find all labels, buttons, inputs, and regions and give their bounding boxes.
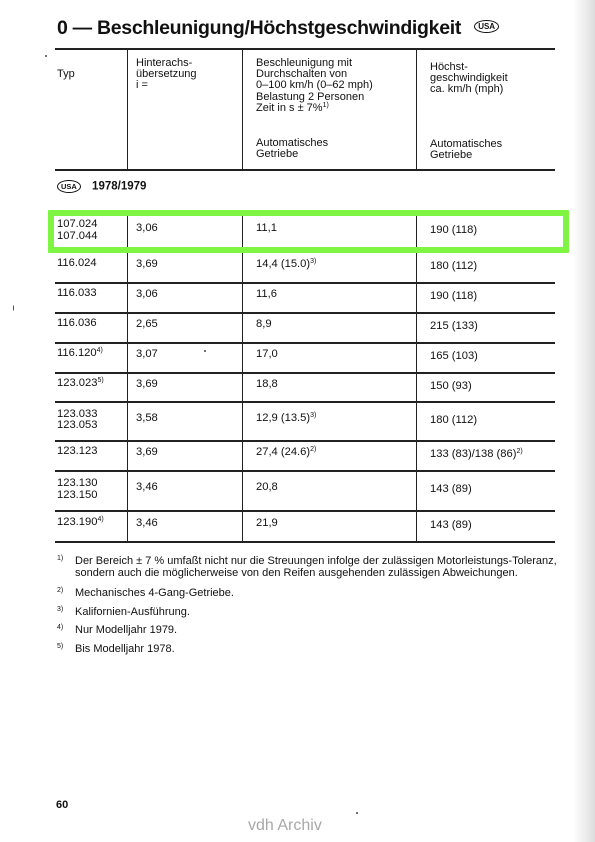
column-subheader-acceleration: AutomatischesGetriebe xyxy=(256,138,328,160)
column-divider xyxy=(127,312,128,342)
column-subheader-top-speed: AutomatischesGetriebe xyxy=(430,139,502,161)
column-divider xyxy=(416,440,417,470)
column-divider xyxy=(242,401,243,440)
column-divider xyxy=(127,510,128,541)
column-header-acceleration: Beschleunigung mitDurchschalten von0–100… xyxy=(256,58,373,114)
column-divider xyxy=(416,282,417,312)
cell-type: 123.1904) xyxy=(57,517,104,529)
cell-axle-ratio: 3,06 xyxy=(136,289,158,301)
column-divider xyxy=(242,252,243,282)
section-heading: USA 1978/1979 xyxy=(57,180,146,193)
cell-type: 123.130123.150 xyxy=(57,478,97,501)
cell-type: 116.024 xyxy=(57,258,97,270)
cell-axle-ratio: 3,69 xyxy=(136,259,158,271)
column-header-axle-ratio: Hinterachs-übersetzungi = xyxy=(136,58,197,92)
cell-top-speed: 190 (118) xyxy=(430,291,477,303)
scan-speck xyxy=(13,305,14,311)
column-divider xyxy=(416,312,417,342)
scan-speck xyxy=(45,55,47,57)
footnote-4: 4)Nur Modelljahr 1979. xyxy=(57,625,557,637)
footnote-text: Mechanisches 4-Gang-Getriebe. xyxy=(75,587,234,599)
footnote-3: 3)Kalifornien-Ausführung. xyxy=(57,607,557,619)
column-divider xyxy=(242,510,243,541)
footnote-marker: 2) xyxy=(57,588,63,600)
column-divider xyxy=(416,510,417,541)
column-divider xyxy=(416,342,417,372)
cell-type: 116.033 xyxy=(57,288,97,300)
table-rule xyxy=(55,401,555,403)
column-divider xyxy=(242,282,243,312)
column-divider xyxy=(242,342,243,372)
cell-type: 116.036 xyxy=(57,318,97,330)
page-edge-shadow xyxy=(573,0,595,842)
column-divider xyxy=(416,212,417,250)
column-divider xyxy=(127,212,128,250)
page-title: 0 — Beschleunigung/Höchstgeschwindigkeit… xyxy=(57,17,499,40)
column-divider xyxy=(127,48,128,170)
cell-top-speed: 143 (89) xyxy=(430,520,472,532)
cell-acceleration: 11,6 xyxy=(256,289,277,301)
scan-speck xyxy=(356,812,358,814)
usa-badge-icon: USA xyxy=(57,180,81,193)
cell-acceleration: 21,9 xyxy=(256,518,278,530)
table-rule xyxy=(55,440,555,442)
footnote-marker: 5) xyxy=(57,644,63,656)
column-header-typ: Typ xyxy=(57,69,75,80)
cell-axle-ratio: 2,65 xyxy=(136,319,158,331)
cell-top-speed: 180 (112) xyxy=(430,415,477,427)
table-rule xyxy=(55,510,555,512)
column-divider xyxy=(127,401,128,440)
column-divider xyxy=(127,372,128,401)
cell-type: 123.123 xyxy=(57,446,97,458)
cell-type: 107.024107.044 xyxy=(57,219,97,242)
column-divider xyxy=(416,401,417,440)
cell-acceleration: 27,4 (24.6)2) xyxy=(256,447,316,459)
cell-top-speed: 133 (83)/138 (86)2) xyxy=(430,449,523,461)
table-rule xyxy=(55,250,555,252)
footnote-1: 1)Der Bereich ± 7 % umfaßt nicht nur die… xyxy=(57,556,557,579)
cell-top-speed: 190 (118) xyxy=(430,225,477,237)
footnote-text: Bis Modelljahr 1978. xyxy=(75,643,175,655)
cell-acceleration: 18,8 xyxy=(256,379,278,391)
column-divider xyxy=(242,48,243,170)
cell-axle-ratio: 3,46 xyxy=(136,518,158,530)
cell-axle-ratio: 3,69 xyxy=(136,447,158,459)
footnote-text: Nur Modelljahr 1979. xyxy=(75,624,177,636)
column-divider xyxy=(416,48,417,170)
table-rule xyxy=(55,372,555,374)
footnotes: 1)Der Bereich ± 7 % umfaßt nicht nur die… xyxy=(57,556,557,662)
page-title-text: 0 — Beschleunigung/Höchstgeschwindigkeit xyxy=(57,17,461,39)
cell-acceleration: 20,8 xyxy=(256,482,278,494)
cell-type: 123.033123.053 xyxy=(57,409,97,432)
cell-axle-ratio: 3,06 xyxy=(136,223,158,235)
footnote-5: 5)Bis Modelljahr 1978. xyxy=(57,644,557,656)
column-divider xyxy=(242,440,243,470)
cell-type: 116.1204) xyxy=(57,348,103,360)
column-divider xyxy=(416,470,417,510)
cell-top-speed: 215 (133) xyxy=(430,321,478,333)
column-divider xyxy=(127,342,128,372)
table-rule xyxy=(55,541,555,543)
footnote-marker: 4) xyxy=(57,625,63,637)
table-rule xyxy=(55,48,555,50)
cell-acceleration: 8,9 xyxy=(256,319,272,331)
cell-top-speed: 143 (89) xyxy=(430,484,472,496)
cell-acceleration: 14,4 (15.0)3) xyxy=(256,259,316,271)
column-divider xyxy=(416,372,417,401)
cell-axle-ratio: 3,07 xyxy=(136,349,158,361)
column-divider xyxy=(127,252,128,282)
column-header-top-speed: Höchst-geschwindigkeitca. km/h (mph) xyxy=(430,62,508,96)
column-divider xyxy=(127,470,128,510)
cell-top-speed: 165 (103) xyxy=(430,351,478,363)
table-rule xyxy=(55,169,555,171)
table-rule xyxy=(55,342,555,344)
column-divider xyxy=(416,252,417,282)
table-rule xyxy=(55,212,555,214)
column-divider xyxy=(242,212,243,250)
footnote-marker: 3) xyxy=(57,607,63,619)
usa-badge-icon: USA xyxy=(474,20,499,33)
footnote-2: 2)Mechanisches 4-Gang-Getriebe. xyxy=(57,588,557,600)
cell-type: 123.0235) xyxy=(57,378,104,390)
column-divider xyxy=(242,312,243,342)
cell-acceleration: 11,1 xyxy=(256,223,277,235)
footnote-marker: 1) xyxy=(57,556,63,568)
page-number: 60 xyxy=(56,799,68,811)
table-rule xyxy=(55,470,555,472)
table-rule xyxy=(55,282,555,284)
cell-top-speed: 150 (93) xyxy=(430,381,472,393)
table-rule xyxy=(55,312,555,314)
column-divider xyxy=(242,470,243,510)
cell-axle-ratio: 3,58 xyxy=(136,413,158,425)
column-divider xyxy=(127,282,128,312)
section-label: 1978/1979 xyxy=(92,181,146,193)
cell-acceleration: 17,0 xyxy=(256,349,278,361)
cell-top-speed: 180 (112) xyxy=(430,261,477,273)
cell-axle-ratio: 3,69 xyxy=(136,379,158,391)
footnote-text: Der Bereich ± 7 % umfaßt nicht nur die S… xyxy=(75,555,557,579)
footnote-text: Kalifornien-Ausführung. xyxy=(75,606,190,618)
column-divider xyxy=(127,440,128,470)
cell-axle-ratio: 3,46 xyxy=(136,482,158,494)
scan-speck xyxy=(204,350,206,352)
column-divider xyxy=(242,372,243,401)
watermark: vdh Archiv xyxy=(248,817,322,835)
cell-acceleration: 12,9 (13.5)3) xyxy=(256,413,316,425)
